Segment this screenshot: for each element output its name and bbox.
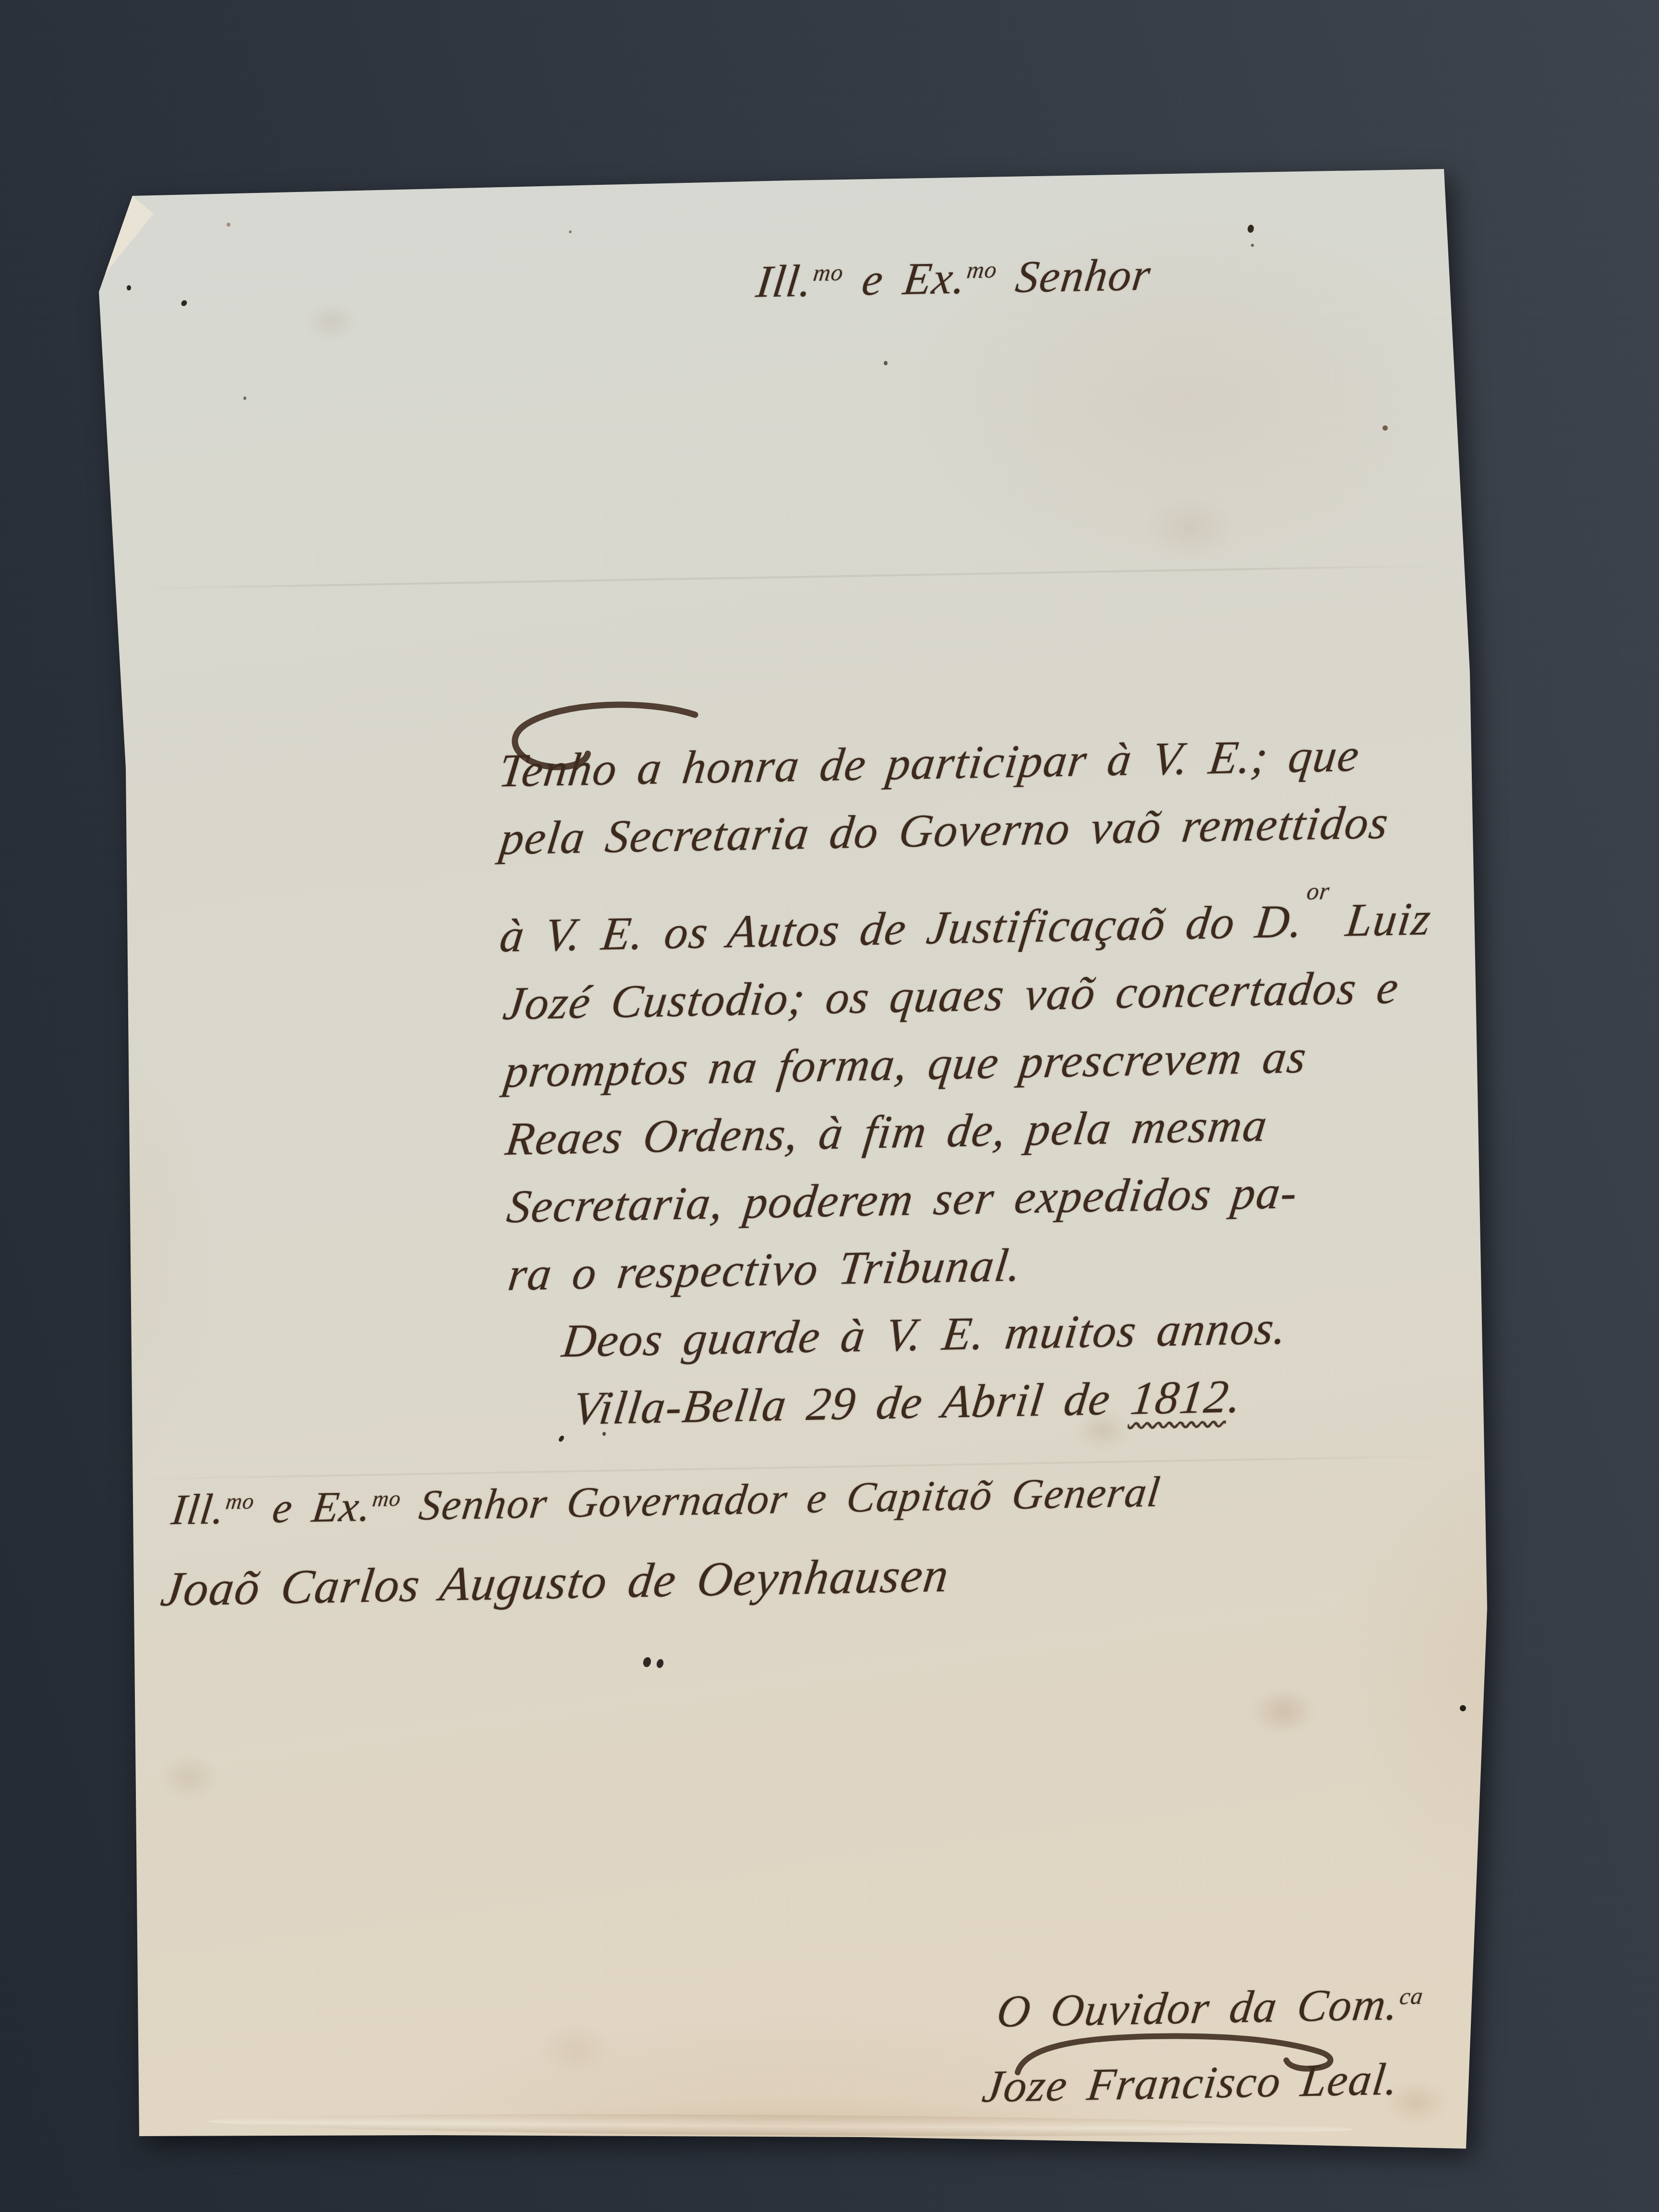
backdrop: Ill.mo e Ex.mo Senhor Tenho a honra de p… — [0, 0, 1659, 2212]
paper-sheet: Ill.mo e Ex.mo Senhor Tenho a honra de p… — [96, 158, 1493, 2155]
body-text: Luiz — [1323, 893, 1435, 947]
date-place-text: Villa-Bella 29 de Abril de — [570, 1372, 1134, 1435]
signature-name-line: Joze Francisco Leal. — [980, 2052, 1402, 2113]
signature-role-text: O Ouvidor da Com. — [994, 1978, 1402, 2037]
salutation-superscript: mo — [812, 259, 845, 286]
paper-shadow: Ill.mo e Ex.mo Senhor Tenho a honra de p… — [96, 158, 1493, 2155]
salutation-line: Ill.mo e Ex.mo Senhor — [754, 248, 1154, 308]
signature-role-line: O Ouvidor da Com.ca — [994, 1977, 1426, 2038]
salutation-text: e Ex. — [840, 252, 970, 305]
salutation-text: Ill. — [754, 255, 816, 307]
salutation-superscript: mo — [965, 256, 998, 283]
address-superscript: mo — [371, 1486, 403, 1512]
salutation-text: Senhor — [993, 249, 1154, 302]
address-text: Ill. — [169, 1485, 228, 1534]
address-line-2: Joaõ Carlos Augusto de Oeynhausen — [158, 1547, 952, 1617]
signature-superscript: ca — [1398, 1983, 1425, 2009]
address-line-1: Ill.mo e Ex.mo Senhor Governador e Capit… — [169, 1467, 1164, 1535]
address-text: e Ex. — [251, 1483, 374, 1533]
date-year: 1812 — [1128, 1370, 1232, 1424]
body-line: à V. E. os Autos de Justificaçaõ do D.or… — [496, 854, 1563, 970]
abbreviation-superscript: or — [1305, 878, 1331, 905]
address-superscript: mo — [224, 1489, 256, 1514]
body-text: à V. E. os Autos de Justificaçaõ do D. — [497, 895, 1307, 962]
address-text: Senhor Governador e Capitaõ General — [397, 1468, 1163, 1529]
letter-content: Ill.mo e Ex.mo Senhor Tenho a honra de p… — [78, 146, 1511, 2168]
letter-body: Tenho a honra de participar à V. E.; que… — [499, 718, 1568, 1444]
